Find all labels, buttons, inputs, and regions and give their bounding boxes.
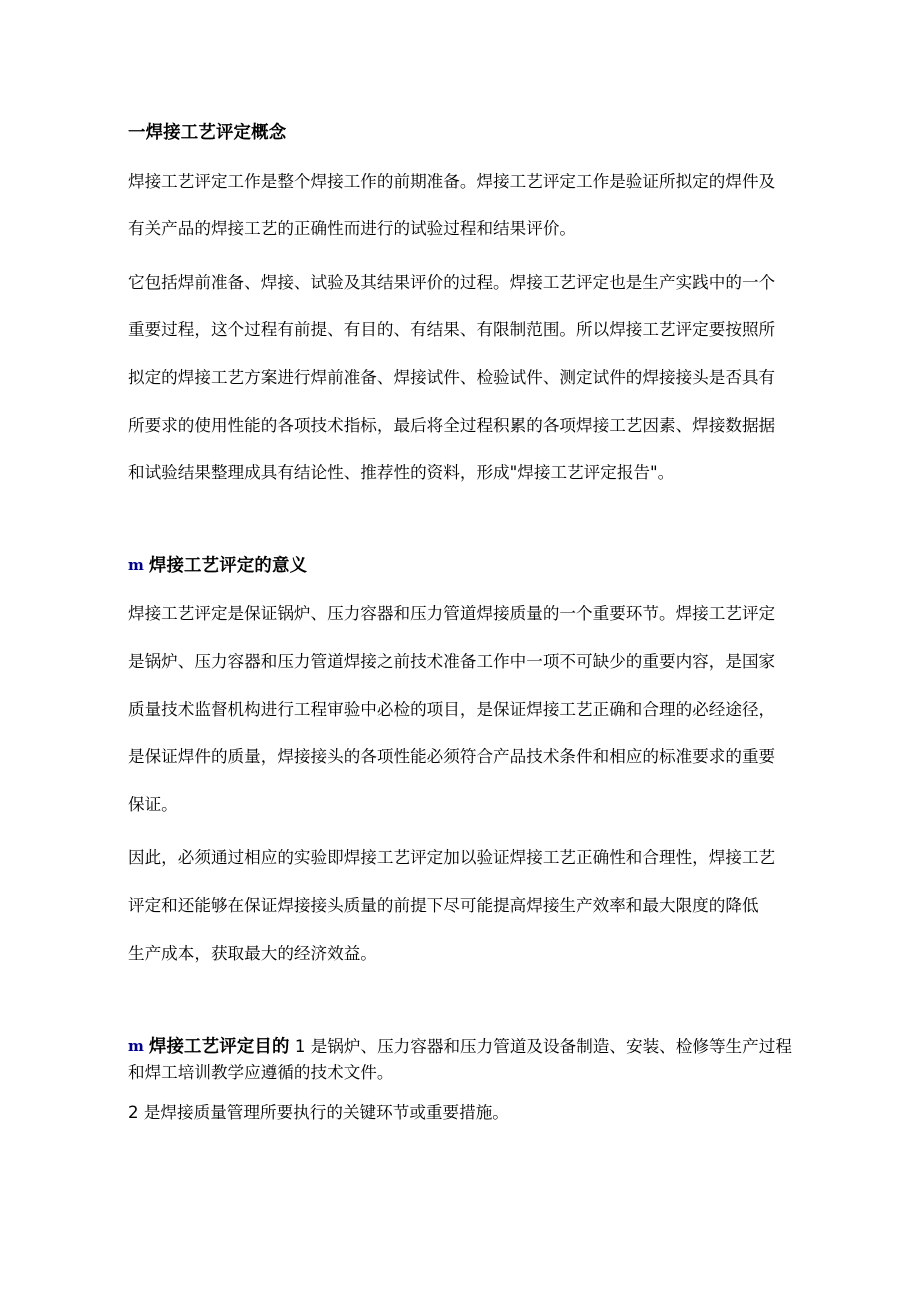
text-run: 和试验结果整理成具有结论性、推荐性的资料，形成"焊接工艺评定报告"。 <box>128 463 674 482</box>
text-line: 和焊工培训教学应遵循的技术文件。 <box>128 1060 796 1085</box>
text-line: 是锅炉、压力容器和压力管道焊接之前技术准备工作中一项不可缺少的重要内容，是国家 <box>128 638 796 686</box>
text-line: 有关产品的焊接工艺的正确性而进行的试验过程和结果评价。 <box>128 205 796 253</box>
heading-purpose: m焊接工艺评定目的 1 是锅炉、压力容器和压力管道及设备制造、安装、检修等生产过… <box>128 1034 796 1085</box>
document-page: 一焊接工艺评定概念焊接工艺评定工作是整个焊接工作的前期准备。焊接工艺评定工作是验… <box>0 0 920 1301</box>
text-run: 保证。 <box>128 795 178 814</box>
para-concept-1: 焊接工艺评定工作是整个焊接工作的前期准备。焊接工艺评定工作是验证所拟定的焊件及有… <box>128 158 796 253</box>
text-line: 保证。 <box>128 781 796 829</box>
text-line: 和试验结果整理成具有结论性、推荐性的资料，形成"焊接工艺评定报告"。 <box>128 449 796 497</box>
text-run: 2 是焊接质量管理所要执行的关键环节或重要措施。 <box>128 1103 509 1122</box>
text-line: 焊接工艺评定是保证锅炉、压力容器和压力管道焊接质量的一个重要环节。焊接工艺评定 <box>128 590 796 638</box>
text-line: 是保证焊件的质量，焊接接头的各项性能必须符合产品技术条件和相应的标准要求的重要 <box>128 733 796 781</box>
emphasis-text-run: 焊接工艺评定的意义 <box>149 556 307 576</box>
text-run: 和焊工培训教学应遵循的技术文件。 <box>128 1063 394 1082</box>
text-run: 它包括焊前准备、焊接、试验及其结果评价的过程。焊接工艺评定也是生产实践中的一个 <box>128 273 775 292</box>
text-line: 评定和还能够在保证焊接接头质量的前提下尽可能提高焊接生产效率和最大限度的降低 <box>128 882 796 930</box>
bullet-marker: m <box>128 1037 144 1055</box>
text-line: 重要过程，这个过程有前提、有目的、有结果、有限制范围。所以焊接工艺评定要按照所 <box>128 306 796 354</box>
para-purpose-2: 2 是焊接质量管理所要执行的关键环节或重要措施。 <box>128 1100 796 1125</box>
text-run: 生产成本，获取最大的经济效益。 <box>128 944 377 963</box>
text-line: m焊接工艺评定目的 1 是锅炉、压力容器和压力管道及设备制造、安装、检修等生产过… <box>128 1034 796 1060</box>
text-line: 焊接工艺评定工作是整个焊接工作的前期准备。焊接工艺评定工作是验证所拟定的焊件及 <box>128 158 796 206</box>
text-line: 所要求的使用性能的各项技术指标，最后将全过程积累的各项焊接工艺因素、焊接数据据 <box>128 402 796 450</box>
bullet-marker: m <box>128 556 144 574</box>
text-run: 重要过程，这个过程有前提、有目的、有结果、有限制范围。所以焊接工艺评定要按照所 <box>128 320 775 339</box>
emphasis-text-run: 一焊接工艺评定概念 <box>128 123 286 143</box>
text-run: 焊接工艺评定是保证锅炉、压力容器和压力管道焊接质量的一个重要环节。焊接工艺评定 <box>128 604 775 623</box>
heading-significance: m焊接工艺评定的意义 <box>128 542 796 591</box>
text-run: 是锅炉、压力容器和压力管道焊接之前技术准备工作中一项不可缺少的重要内容，是国家 <box>128 652 775 671</box>
emphasis-text-run: 焊接工艺评定目的 <box>149 1037 290 1057</box>
text-run: 焊接工艺评定工作是整个焊接工作的前期准备。焊接工艺评定工作是验证所拟定的焊件及 <box>128 172 775 191</box>
para-concept-2: 它包括焊前准备、焊接、试验及其结果评价的过程。焊接工艺评定也是生产实践中的一个重… <box>128 259 796 497</box>
text-run: 1 是锅炉、压力容器和压力管道及设备制造、安装、检修等生产过程 <box>290 1037 792 1056</box>
text-line: 生产成本，获取最大的经济效益。 <box>128 930 796 978</box>
text-line: 它包括焊前准备、焊接、试验及其结果评价的过程。焊接工艺评定也是生产实践中的一个 <box>128 259 796 307</box>
text-run: 拟定的焊接工艺方案进行焊前准备、焊接试件、检验试件、测定试件的焊接接头是否具有 <box>128 368 775 387</box>
text-run: 因此，必须通过相应的实验即焊接工艺评定加以验证焊接工艺正确性和合理性，焊接工艺 <box>128 848 775 867</box>
text-line: m焊接工艺评定的意义 <box>128 542 796 591</box>
heading-concept: 一焊接工艺评定概念 <box>128 109 796 158</box>
text-line: 因此，必须通过相应的实验即焊接工艺评定加以验证焊接工艺正确性和合理性，焊接工艺 <box>128 834 796 882</box>
para-significance-2: 因此，必须通过相应的实验即焊接工艺评定加以验证焊接工艺正确性和合理性，焊接工艺评… <box>128 834 796 977</box>
text-run: 有关产品的焊接工艺的正确性而进行的试验过程和结果评价。 <box>128 219 576 238</box>
text-run: 所要求的使用性能的各项技术指标，最后将全过程积累的各项焊接工艺因素、焊接数据据 <box>128 416 775 435</box>
text-line: 一焊接工艺评定概念 <box>128 109 796 158</box>
text-run: 是保证焊件的质量，焊接接头的各项性能必须符合产品技术条件和相应的标准要求的重要 <box>128 747 775 766</box>
para-significance-1: 焊接工艺评定是保证锅炉、压力容器和压力管道焊接质量的一个重要环节。焊接工艺评定是… <box>128 590 796 828</box>
text-line: 拟定的焊接工艺方案进行焊前准备、焊接试件、检验试件、测定试件的焊接接头是否具有 <box>128 354 796 402</box>
text-run: 评定和还能够在保证焊接接头质量的前提下尽可能提高焊接生产效率和最大限度的降低 <box>128 896 759 915</box>
text-line: 2 是焊接质量管理所要执行的关键环节或重要措施。 <box>128 1100 796 1125</box>
text-run: 质量技术监督机构进行工程审验中必检的项目，是保证焊接工艺正确和合理的必经途径， <box>128 700 775 719</box>
text-line: 质量技术监督机构进行工程审验中必检的项目，是保证焊接工艺正确和合理的必经途径， <box>128 686 796 734</box>
